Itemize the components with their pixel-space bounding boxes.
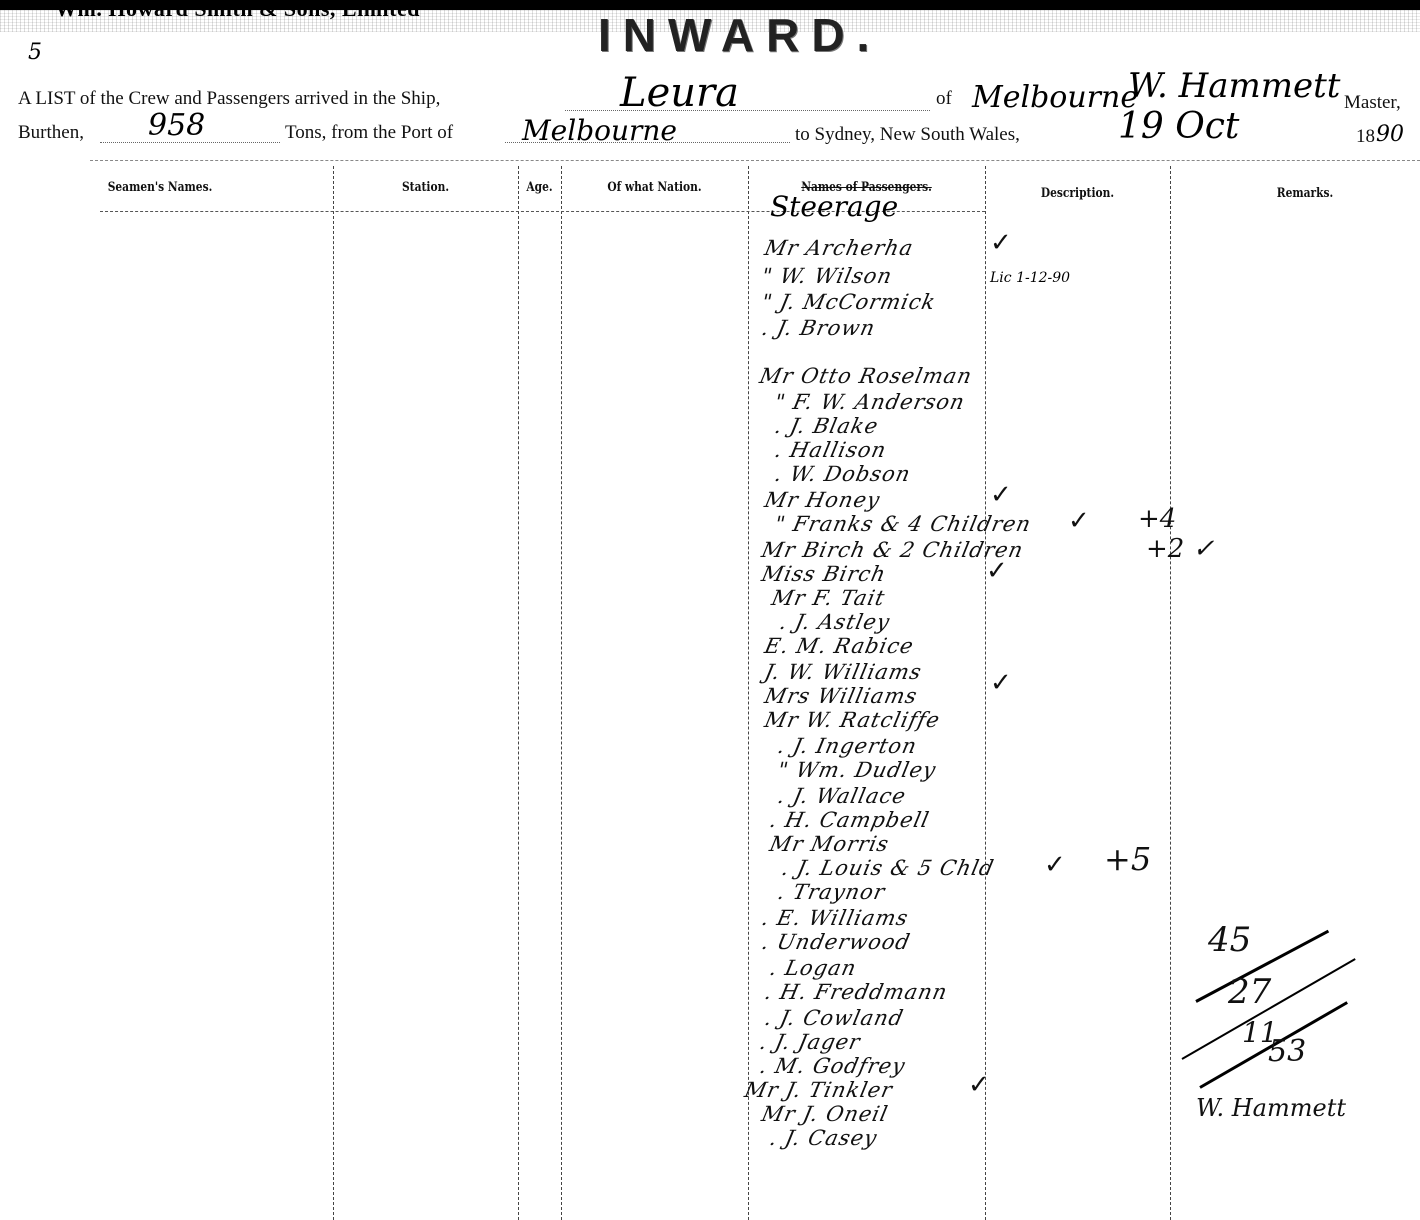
column-divider	[333, 166, 334, 1220]
col-header-station: Station.	[350, 180, 502, 195]
passenger-entry: . H. Freddmann	[762, 980, 950, 1004]
check-mark-icon: ✓	[968, 1070, 990, 1100]
master-name: W. Hammett	[1128, 66, 1340, 106]
passenger-entry: Mr Archerha	[762, 236, 915, 260]
check-mark-icon: ✓	[986, 556, 1008, 586]
form-line-1-prefix: A LIST of the Crew and Passengers arrive…	[18, 88, 440, 110]
col-header-seamen: Seamen's Names.	[62, 180, 259, 195]
col-header-description: Description.	[1002, 186, 1154, 201]
steerage-annotation: Steerage	[770, 190, 898, 223]
col-header-age: Age.	[522, 180, 557, 195]
remark-count: +5	[1104, 840, 1151, 878]
tonnage: 958	[148, 108, 205, 143]
passenger-entry: . J. Astley	[777, 610, 892, 634]
master-signature: W. Hammett	[1196, 1094, 1346, 1122]
form-burthen-label: Burthen,	[18, 122, 84, 144]
passenger-entry: . J. Ingerton	[775, 734, 919, 758]
passenger-entry: Mr Honey	[762, 488, 882, 512]
tally-subtotal: 27	[1228, 972, 1271, 1012]
passenger-entry: . Traynor	[775, 880, 887, 904]
passenger-entry: . Underwood	[759, 930, 912, 954]
column-divider	[518, 166, 519, 1220]
passenger-entry: . Hallison	[772, 438, 888, 462]
passenger-entry: " W. Wilson	[759, 264, 894, 288]
column-divider	[1170, 166, 1171, 1220]
passenger-entry: . J. Jager	[757, 1030, 862, 1054]
form-title: INWARD.	[598, 8, 881, 62]
passenger-entry: E. M. Rabice	[762, 634, 916, 658]
passenger-entry: . M. Godfrey	[757, 1054, 907, 1078]
folio-number: 5	[28, 40, 42, 65]
tally-total: 45	[1208, 920, 1251, 960]
from-port-dotted-line	[505, 142, 790, 143]
tally-result: 53	[1268, 1034, 1306, 1069]
passenger-entry: . H. Campbell	[767, 808, 931, 832]
column-divider	[985, 166, 986, 1220]
remark-count: +4	[1138, 504, 1176, 534]
tonnage-dotted-line	[100, 142, 280, 143]
check-mark-icon: ✓	[1068, 506, 1090, 536]
passenger-entry: . W. Dobson	[772, 462, 913, 486]
check-mark-icon: ✓	[1044, 850, 1066, 880]
form-destination-label: to Sydney, New South Wales,	[795, 124, 1020, 146]
passenger-entry: . J. Casey	[767, 1126, 879, 1150]
passenger-entry: . J. Brown	[759, 316, 877, 340]
passenger-entry: Mr J. Oneil	[759, 1102, 890, 1126]
year-printed: 18	[1356, 126, 1375, 148]
year-written: 90	[1376, 122, 1404, 147]
check-mark-icon: ✓	[990, 228, 1012, 258]
passenger-entry: Mr J. Tinkler	[742, 1078, 895, 1102]
description-licence-note: Lic 1-12-90	[990, 270, 1070, 286]
home-port: Melbourne	[972, 80, 1138, 115]
passenger-entry: " Wm. Dudley	[775, 758, 938, 782]
passenger-entry: " F. W. Anderson	[772, 390, 967, 414]
passenger-entry: . J. Blake	[772, 414, 880, 438]
header-rule	[90, 160, 1420, 161]
passenger-entry: Mrs Williams	[762, 684, 919, 708]
passenger-entry: . J. Cowland	[762, 1006, 905, 1030]
passenger-entry: . E. Williams	[759, 906, 910, 930]
passenger-entry: Mr Otto Roselman	[757, 364, 974, 388]
arrival-date: 19 Oct	[1118, 106, 1239, 147]
passenger-entry: . Logan	[767, 956, 859, 980]
col-header-remarks: Remarks.	[1219, 186, 1391, 201]
printer-imprint: Wm. Howard Smith & Sons, Limited	[55, 0, 420, 22]
ship-name-dotted-line	[565, 110, 930, 111]
passenger-entry: Mr W. Ratcliffe	[762, 708, 942, 732]
passenger-entry: Mr Morris	[767, 832, 891, 856]
passenger-entry: " Franks & 4 Children	[772, 512, 1033, 536]
passenger-entry: " J. McCormick	[759, 290, 938, 314]
passenger-entry: J. W. Williams	[762, 660, 924, 684]
check-mark-icon: ✓	[990, 668, 1012, 698]
form-line-1-of: of	[936, 88, 952, 110]
remark-count: +2 ✓	[1146, 534, 1214, 564]
column-divider	[748, 166, 749, 1220]
passenger-entry: . J. Wallace	[775, 784, 908, 808]
passenger-entry: . J. Louis & 5 Chld	[779, 856, 996, 880]
form-tons-label: Tons, from the Port of	[285, 122, 453, 144]
passenger-entry: Mr F. Tait	[769, 586, 887, 610]
col-header-nation: Of what Nation.	[578, 180, 731, 195]
check-mark-icon: ✓	[990, 480, 1012, 510]
column-divider	[561, 166, 562, 1220]
form-line-1-suffix: Master,	[1344, 92, 1401, 114]
passenger-entry: Miss Birch	[759, 562, 888, 586]
